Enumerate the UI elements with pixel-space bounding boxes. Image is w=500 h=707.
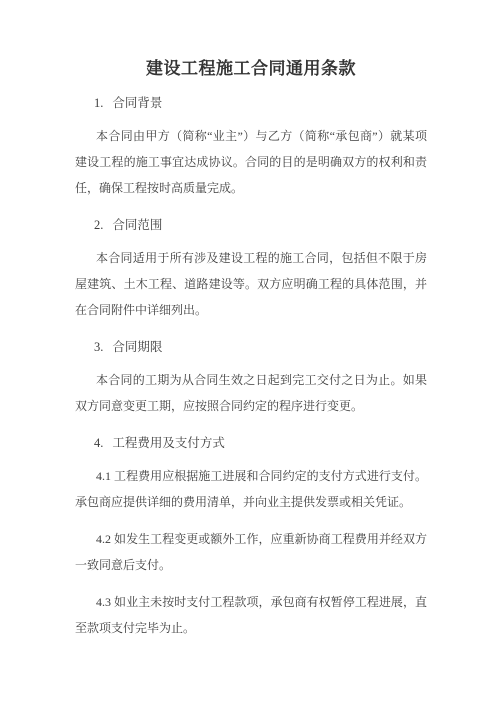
section-label: 工程费用及支付方式 [112,436,225,450]
section-heading: 3.合同期限 [75,334,427,360]
paragraph: 本合同的工期为从合同生效之日起到完工交付之日为止。如果双方同意变更工期，应按照合… [75,367,427,419]
document-title: 建设工程施工合同通用条款 [75,56,427,82]
section-number: 1. [94,90,103,116]
section-heading: 2.合同范围 [75,212,427,238]
paragraph: 本合同适用于所有涉及建设工程的施工合同，包括但不限于房屋建筑、土木工程、道路建设… [75,245,427,323]
paragraph-clause-4-3: 4.3 如业主未按时支付工程款项，承包商有权暂停工程进展，直至款项支付完毕为止。 [75,589,427,641]
section-number: 4. [94,430,103,456]
paragraph-clause-4-1: 4.1 工程费用应根据施工进展和合同约定的支付方式进行支付。承包商应提供详细的费… [75,463,427,515]
section-label: 合同背景 [112,96,162,110]
section-heading: 1.合同背景 [75,90,427,116]
section-fees-and-payment: 4.工程费用及支付方式 4.1 工程费用应根据施工进展和合同约定的支付方式进行支… [75,430,427,641]
section-contract-background: 1.合同背景 本合同由甲方（简称“业主”）与乙方（简称“承包商”）就某项建设工程… [75,90,427,201]
section-number: 2. [94,212,103,238]
section-heading: 4.工程费用及支付方式 [75,430,427,456]
section-label: 合同期限 [112,340,162,354]
section-contract-duration: 3.合同期限 本合同的工期为从合同生效之日起到完工交付之日为止。如果双方同意变更… [75,334,427,419]
section-number: 3. [94,334,103,360]
paragraph-clause-4-2: 4.2 如发生工程变更或额外工作，应重新协商工程费用并经双方一致同意后支付。 [75,526,427,578]
paragraph: 本合同由甲方（简称“业主”）与乙方（简称“承包商”）就某项建设工程的施工事宜达成… [75,123,427,201]
section-label: 合同范围 [112,218,162,232]
document-page: 建设工程施工合同通用条款 1.合同背景 本合同由甲方（简称“业主”）与乙方（简称… [0,0,500,707]
section-contract-scope: 2.合同范围 本合同适用于所有涉及建设工程的施工合同，包括但不限于房屋建筑、土木… [75,212,427,323]
